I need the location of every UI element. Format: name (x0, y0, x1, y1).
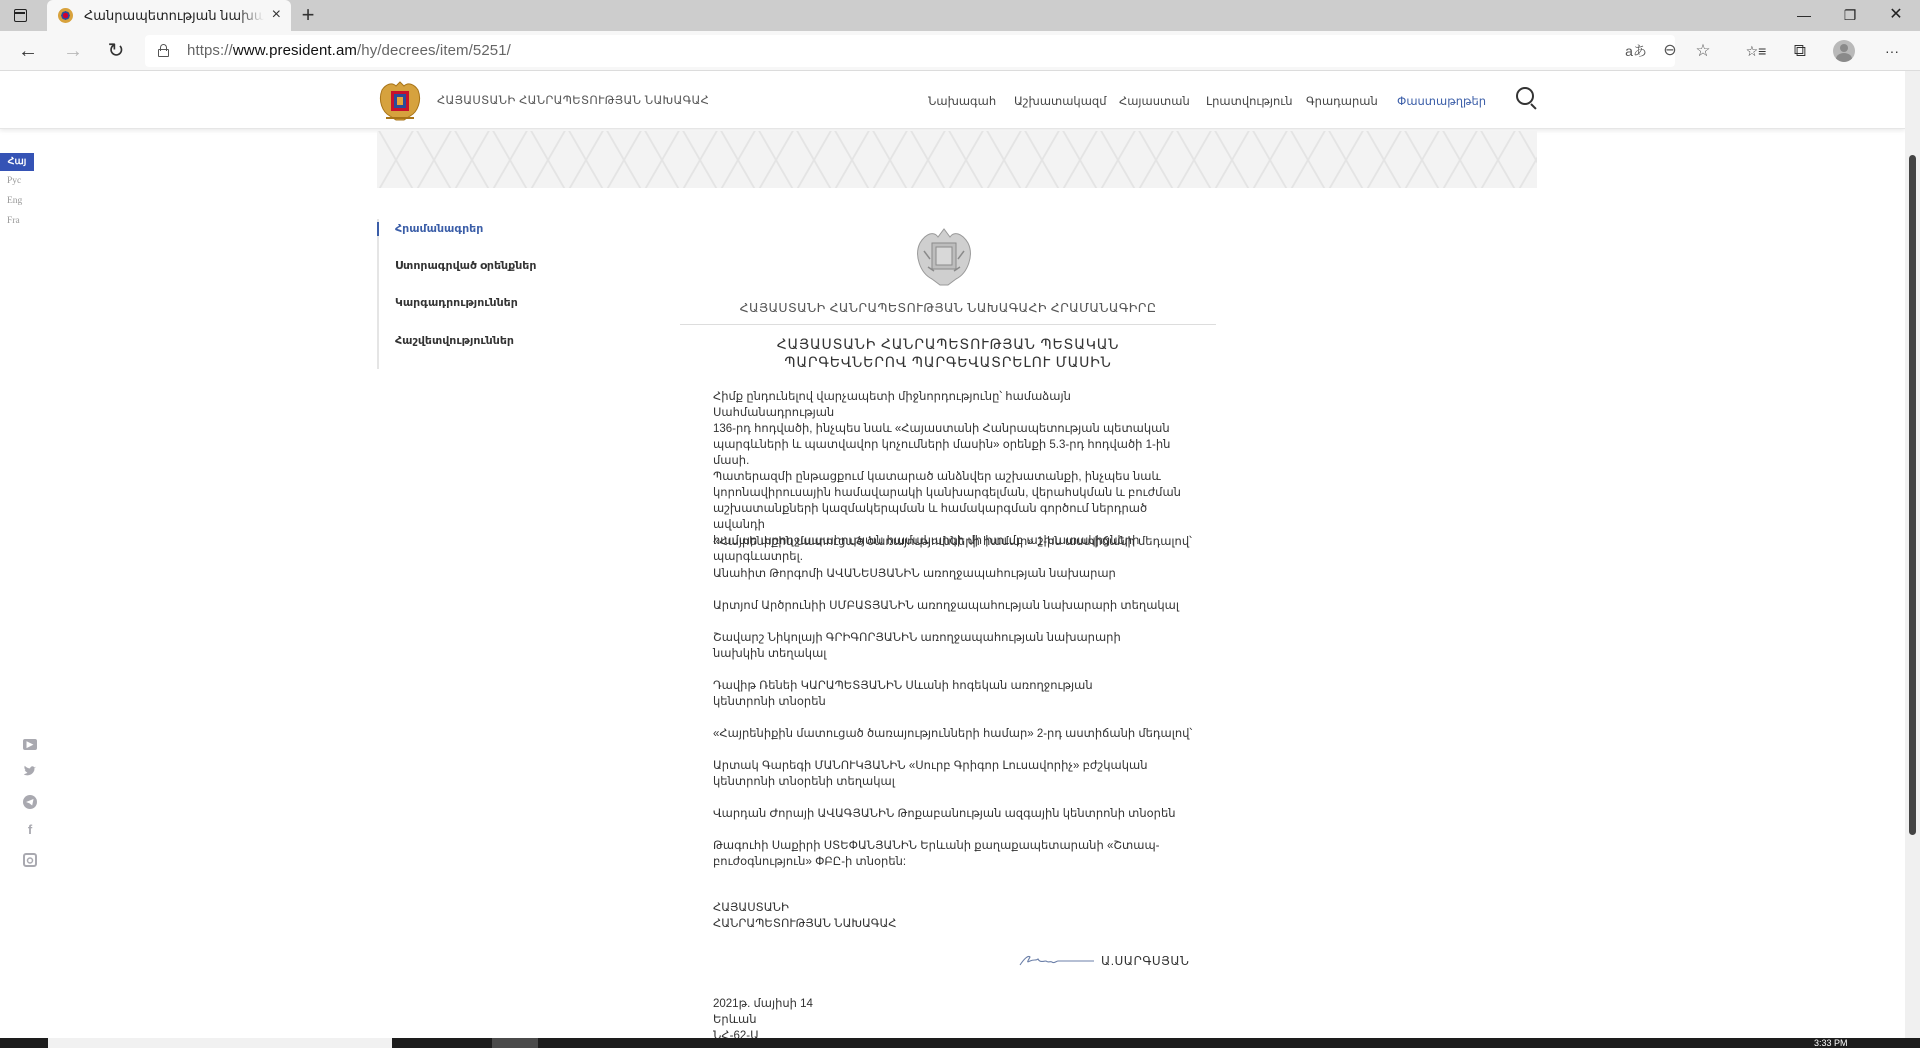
nav-armenia[interactable]: Հայաստան (1119, 94, 1190, 108)
recipient: Թագուհի Սաքիրի ՍՏԵՓԱՆՅԱՆԻՆ Երևանի քաղաքա… (713, 838, 1193, 870)
back-button[interactable]: ← (13, 36, 43, 66)
recipient-line: Արտակ Գարեգի ՄԱՆՈՒԿՅԱՆԻՆ «Սուրբ Գրիգոր Լ… (713, 758, 1193, 774)
recipient-line: Դավիթ Ռենեի ԿԱՐԱՊԵՏՅԱՆԻՆ Սևանի հոգեկան ա… (713, 678, 1193, 694)
browser-toolbar: ← → ↻ https://www.president.am/hy/decree… (0, 31, 1920, 71)
award-2-heading: «Հայրենիքին մատուցած ծառայությունների հա… (713, 726, 1193, 742)
site-name[interactable]: ՀԱՅԱՍՏԱՆԻ ՀԱՆՐԱՊԵՏՈՒԹՅԱՆ ՆԱԽԱԳԱՀ (437, 93, 709, 107)
tab-title: Հանրապետության նախագահ (84, 8, 264, 24)
armenia-coat-of-arms-favicon-icon (58, 8, 73, 23)
preamble-line: Հիմք ընդունելով վարչապետի միջնորդություն… (713, 389, 1193, 421)
taskbar-active-app[interactable] (492, 1038, 538, 1048)
recipient-line: բուժօգնություն» ՓԲԸ-ի տնօրեն: (713, 854, 1193, 870)
documents-sidebar: Հրամանագրեր Ստորագրված օրենքներ Կարգադրո… (377, 219, 577, 369)
tab-actions-icon (14, 9, 27, 22)
decree-title: ՀԱՅԱՍՏԱՆԻ ՀԱՆՐԱՊԵՏՈՒԹՅԱՆ ՊԵՏԱԿԱՆ ՊԱՐԳԵՎՆ… (680, 335, 1216, 371)
taskbar-search-box[interactable] (48, 1038, 392, 1048)
coat-of-arms-emblem-icon (910, 221, 978, 289)
close-tab-icon[interactable]: × (272, 6, 281, 24)
decree-title-line-2: ՊԱՐԳԵՎՆԵՐՈՎ ՊԱՐԳԵՎԱՏՐԵԼՈՒ ՄԱՍԻՆ (680, 353, 1216, 371)
recipient: Դավիթ Ռենեի ԿԱՐԱՊԵՏՅԱՆԻՆ Սևանի հոգեկան ա… (713, 678, 1193, 710)
lang-french[interactable]: Fra (7, 216, 20, 226)
active-indicator (377, 222, 379, 236)
lang-armenian[interactable]: Հայ (0, 153, 34, 171)
search-icon[interactable] (1515, 86, 1539, 110)
decree-number: ՆՀ-62-Ա (713, 1028, 1193, 1038)
favorites-icon[interactable]: ☆≡ (1741, 36, 1771, 66)
address-bar[interactable]: https://www.president.am/hy/decrees/item… (145, 35, 1675, 67)
scrollbar-thumb[interactable] (1909, 155, 1916, 835)
signatory-title-line: ՀԱՅԱՍՏԱՆԻ (713, 900, 1193, 916)
refresh-button[interactable]: ↻ (101, 36, 131, 66)
recipient: Անահիտ Թորգոմի ԱՎԱՆԵՍՅԱՆԻՆ առողջապահությ… (713, 566, 1193, 582)
armenia-coat-of-arms-logo-icon[interactable] (376, 76, 424, 124)
nav-library[interactable]: Գրադարան (1306, 94, 1378, 108)
preamble-line: Պատերազմի ընթացքում կատարած անձնվեր աշխա… (713, 469, 1193, 485)
page-banner (377, 131, 1537, 188)
recipient: Արտյոմ Արծրունիի ՍՄԲԱՏՅԱՆԻՆ առողջապահութ… (713, 598, 1193, 614)
nav-president[interactable]: Նախագահ (928, 94, 996, 108)
url-path: /hy/decrees/item/5251/ (357, 42, 511, 59)
facebook-icon[interactable]: f (23, 823, 37, 837)
recipient-line: Շավարշ Նիկոլայի ԳՐԻԳՈՐՅԱՆԻՆ առողջապահութ… (713, 630, 1193, 646)
vertical-scrollbar[interactable] (1905, 71, 1920, 1038)
close-window-button[interactable]: ✕ (1873, 0, 1919, 31)
nav-news[interactable]: Լրատվություն (1206, 94, 1293, 108)
decree-kicker: ՀԱՅԱՍՏԱՆԻ ՀԱՆՐԱՊԵՏՈՒԹՅԱՆ ՆԱԽԱԳԱՀԻ ՀՐԱՄԱՆ… (680, 300, 1216, 315)
tab-actions-button[interactable] (12, 7, 30, 24)
recipient-line: Վարդան Ժորայի ԱՎԱԳՅԱՆԻՆ Թոքաբանության ազ… (713, 806, 1193, 822)
lock-icon[interactable] (158, 44, 169, 57)
recipient: Շավարշ Նիկոլայի ԳՐԻԳՈՐՅԱՆԻՆ առողջապահութ… (713, 630, 1193, 662)
recipient-line: Անահիտ Թորգոմի ԱՎԱՆԵՍՅԱՆԻՆ առողջապահությ… (713, 566, 1193, 582)
add-favorite-icon[interactable]: ☆ (1690, 40, 1716, 64)
minimize-button[interactable]: — (1781, 0, 1827, 31)
os-taskbar: 3:33 PM (0, 1038, 1920, 1048)
nav-staff[interactable]: Աշխատակազմ (1014, 94, 1107, 108)
instagram-icon[interactable] (23, 853, 37, 867)
recipient-line: Թագուհի Սաքիրի ՍՏԵՓԱՆՅԱՆԻՆ Երևանի քաղաքա… (713, 838, 1193, 854)
signature-image (1018, 949, 1096, 971)
award-1-heading: «Հայրենիքին մատուցած ծառայությունների հա… (713, 534, 1193, 550)
recipient-line: կենտրոնի տնօրեն (713, 694, 1193, 710)
preamble-line: աշխատանքների կազմակերպման և համակարգման … (713, 501, 1193, 533)
recipient: Վարդան Ժորայի ԱՎԱԳՅԱՆԻՆ Թոքաբանության ազ… (713, 806, 1193, 822)
read-aloud-icon[interactable]: aあ (1623, 40, 1649, 64)
sidebar-item-reports[interactable]: Հաշվետվություններ (395, 334, 514, 347)
divider (680, 324, 1216, 325)
browser-tab[interactable]: Հանրապետության նախագահ × (47, 0, 291, 31)
telegram-icon[interactable] (23, 795, 37, 809)
signatory-title: ՀԱՅԱՍՏԱՆԻ ՀԱՆՐԱՊԵՏՈՒԹՅԱՆ ՆԱԽԱԳԱՀ (713, 900, 1193, 932)
taskbar-clock[interactable]: 3:33 PM (1814, 1038, 1848, 1048)
url-text[interactable]: https://www.president.am/hy/decrees/item… (187, 42, 511, 59)
lang-russian[interactable]: Рус (7, 176, 21, 186)
twitter-icon[interactable] (23, 764, 37, 778)
recipient-line: Արտյոմ Արծրունիի ՍՄԲԱՏՅԱՆԻՆ առողջապահութ… (713, 598, 1193, 614)
recipient: Արտակ Գարեգի ՄԱՆՈՒԿՅԱՆԻՆ «Սուրբ Գրիգոր Լ… (713, 758, 1193, 790)
restore-button[interactable]: ❐ (1827, 0, 1873, 31)
signatory-title-line: ՀԱՆՐԱՊԵՏՈՒԹՅԱՆ ՆԱԽԱԳԱՀ (713, 916, 1193, 932)
preamble-line: պարգևների և պատվավոր կոչումների մասին» օ… (713, 437, 1193, 469)
nav-documents[interactable]: Փաստաթղթեր (1397, 94, 1486, 108)
url-host: www.president.am (233, 42, 357, 59)
sidebar-item-signed-laws[interactable]: Ստորագրված օրենքներ (395, 259, 536, 272)
preamble-line: պարգևատրել. (713, 549, 1193, 565)
decree-title-line-1: ՀԱՅԱՍՏԱՆԻ ՀԱՆՐԱՊԵՏՈՒԹՅԱՆ ՊԵՏԱԿԱՆ (680, 335, 1216, 353)
profile-avatar[interactable] (1833, 40, 1855, 62)
recipient-line: նախկին տեղակալ (713, 646, 1193, 662)
zoom-out-icon[interactable]: ⊖ (1657, 40, 1683, 64)
preamble-line: կորոնավիրուսային համավարակի կանխարգելման… (713, 485, 1193, 501)
site-header: ՀԱՅԱՍՏԱՆԻ ՀԱՆՐԱՊԵՏՈՒԹՅԱՆ ՆԱԽԱԳԱՀ Նախագահ… (0, 71, 1905, 129)
more-menu-icon[interactable]: ··· (1877, 36, 1907, 66)
web-page: ՀԱՅԱՍՏԱՆԻ ՀԱՆՐԱՊԵՏՈՒԹՅԱՆ ՆԱԽԱԳԱՀ Նախագահ… (0, 71, 1905, 1038)
url-scheme: https:// (187, 42, 233, 59)
lang-english[interactable]: Eng (7, 196, 22, 206)
collections-icon[interactable]: ⧉ (1785, 36, 1815, 66)
signatory-name: Ա.ՍԱՐԳՍՅԱՆ (1101, 954, 1189, 968)
decree-meta: 2021թ. մայիսի 14 Երևան ՆՀ-62-Ա (713, 996, 1193, 1038)
sidebar-item-orders[interactable]: Կարգադրություններ (395, 296, 518, 309)
sidebar-item-decrees[interactable]: Հրամանագրեր (395, 222, 483, 235)
decree-date: 2021թ. մայիսի 14 (713, 996, 1193, 1012)
forward-button[interactable]: → (58, 36, 88, 66)
browser-tab-bar: Հանրապետության նախագահ × + — ❐ ✕ (0, 0, 1920, 31)
new-tab-button[interactable]: + (295, 3, 321, 29)
youtube-icon[interactable]: ▶ (23, 739, 37, 750)
decree-place: Երևան (713, 1012, 1193, 1028)
recipient-line: կենտրոնի տնօրենի տեղակալ (713, 774, 1193, 790)
preamble-line: 136-րդ հոդվածի, ինչպես նաև «Հայաստանի Հա… (713, 421, 1193, 437)
